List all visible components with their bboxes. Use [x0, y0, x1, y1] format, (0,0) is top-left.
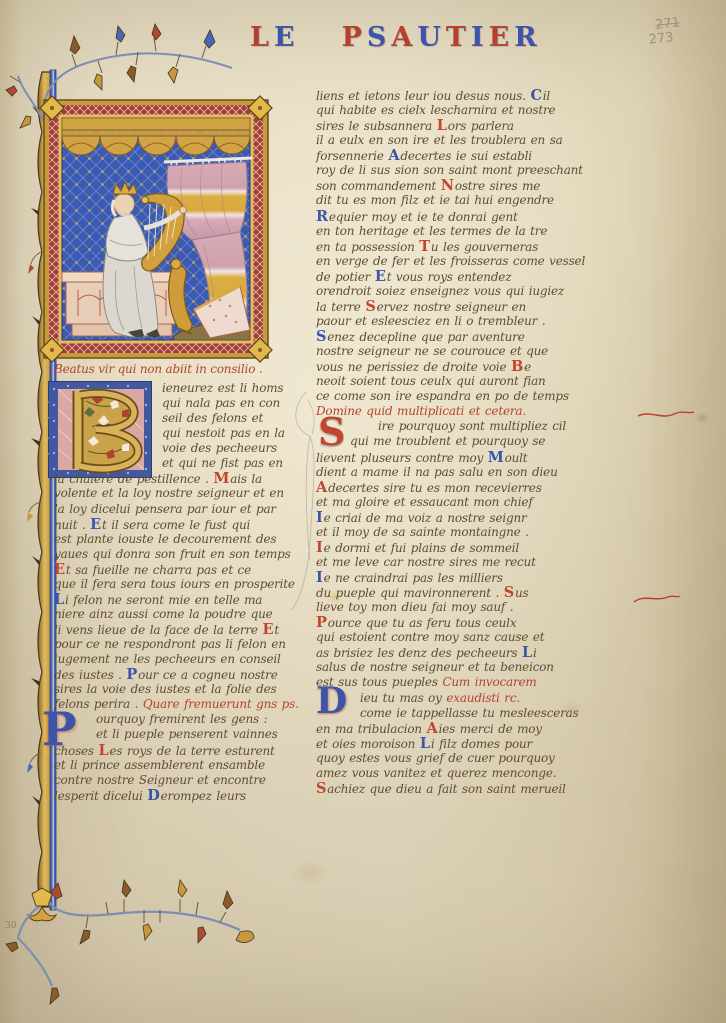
text-line: paour et esleesciez en li o trembleur .: [316, 314, 654, 329]
text-line: est plante iouste le decourement des: [54, 532, 306, 547]
title-letter: P: [342, 22, 367, 54]
text-line: dient a mame il na pas salu en son dieu: [316, 465, 654, 480]
body-text: son commandement: [316, 179, 441, 193]
body-text: la terre: [316, 300, 365, 314]
text-line: choses Les roys de la terre esturent: [54, 743, 306, 758]
body-text: ais la: [230, 472, 262, 486]
manuscript-page: LEPSAUTIER 271 273: [0, 0, 726, 1023]
body-text: niere ainz aussi come la poudre que: [54, 607, 273, 621]
body-text: achiez que dieu a fait son saint merueil: [327, 782, 565, 796]
body-text: e ne craindrai pas les milliers: [324, 571, 503, 585]
versal-initial: A: [316, 479, 328, 496]
body-text: choses: [54, 744, 99, 758]
versal-initial: B: [511, 358, 524, 375]
title-letter: R: [514, 22, 541, 54]
body-text: ies merci de moy: [439, 722, 542, 736]
text-line: neoit soient tous ceulx qui auront fian: [316, 374, 654, 389]
body-text: est plante iouste le decourement des: [54, 532, 276, 546]
body-text: nuit .: [54, 518, 90, 532]
text-line: il a eulx en son ire et les troublera en…: [316, 133, 654, 148]
text-line: Sachiez que dieu a fait son saint meruei…: [316, 781, 654, 796]
text-line: Ie dormi et fui plains de sommeil: [316, 540, 654, 555]
body-text: de potier: [316, 270, 375, 284]
text-line: amez vous vanitez et querez menconge.: [316, 766, 654, 781]
body-text: du pueple qui mavironnerent .: [316, 586, 504, 600]
text-line: salus de nostre seigneur et ta beneicon: [316, 660, 654, 675]
body-text: ostre sires me: [455, 179, 540, 193]
body-text: sires le subsannera: [316, 119, 437, 133]
text-line: Adecertes sire tu es mon recevierres: [316, 480, 654, 495]
versal-initial: L: [437, 117, 448, 134]
text-line: felons perira . Quare fremuerunt gns ps.: [54, 697, 306, 712]
text-line: Ie ne craindrai pas les milliers: [316, 570, 654, 585]
text-line: iugement ne les pecheeurs en conseil: [54, 652, 306, 667]
versal-initial: P: [316, 614, 328, 631]
rubric-text: Quare fremuerunt gns ps.: [143, 697, 299, 711]
body-text: et me leve car nostre sires me recut: [316, 555, 536, 569]
text-line: ire pourquoy sont multipliez cil: [316, 419, 654, 434]
body-text: ire pourquoy sont multipliez cil: [378, 419, 566, 433]
text-line: ieu tu mas oy exaudisti rc.: [316, 691, 654, 706]
versal-initial: E: [375, 268, 387, 285]
versal-initial: A: [388, 147, 400, 164]
body-text: e criai de ma voiz a nostre seignr: [324, 511, 527, 525]
body-text: dient a mame il na pas salu en son dieu: [316, 465, 558, 479]
body-text: en ta possession: [316, 240, 419, 254]
versal-initial: R: [316, 208, 329, 225]
body-text: t sa fueille ne charra pas et ce: [66, 563, 251, 577]
text-line: est sus tous pueples Cum invocarem: [316, 675, 654, 690]
body-text: lieve toy mon dieu fai moy sauf .: [316, 600, 513, 614]
text-line: Pource que tu as feru tous ceulx: [316, 615, 654, 630]
text-line: qui habite es cielx lescharnira et nostr…: [316, 103, 654, 118]
body-text: as brisiez les denz des pecheeurs: [316, 646, 522, 660]
body-text: et il moy de sa sainte montaingne .: [316, 525, 529, 539]
body-text: quoy estes vous grief de cuer pourquoy: [316, 751, 555, 765]
rubric-beatus: Beatus vir qui non abiit in consilio .: [54, 362, 304, 376]
body-text: la loy dicelui pensera par iour et par: [54, 502, 276, 516]
body-text: roy de li sus sion son saint mont preesc…: [316, 163, 583, 177]
title-letter: E: [274, 22, 300, 54]
text-line: ieneurez est li homs: [54, 381, 306, 396]
body-text: u les gouverneras: [431, 240, 538, 254]
title-letter: S: [367, 22, 392, 54]
rubric-text: Domine quid multiplicati et cetera.: [316, 404, 526, 418]
versal-initial: N: [441, 177, 455, 194]
body-text: i filz domes pour: [431, 737, 532, 751]
versal-initial: T: [419, 238, 431, 255]
rubric-text: exaudisti rc.: [446, 691, 520, 705]
versal-initial: L: [99, 742, 110, 759]
body-text: decertes sire tu es mon recevierres: [328, 481, 542, 495]
parchment-stain: [290, 860, 330, 886]
text-line: Et sa fueille ne charra pas et ce: [54, 562, 306, 577]
body-text: e dormi et fui plains de sommeil: [324, 541, 519, 555]
text-line: quoy estes vous grief de cuer pourquoy: [316, 751, 654, 766]
body-text: ervez nostre seigneur en: [377, 300, 526, 314]
text-line: et li prince assemblerent ensamble: [54, 758, 306, 773]
text-line: en ma tribulacion Aies merci de moy: [316, 721, 654, 736]
text-line: as brisiez les denz des pecheeurs Li: [316, 645, 654, 660]
text-line: li vens lieue de la face de la terre Et: [54, 622, 306, 637]
body-text: t vous roys entendez: [387, 270, 512, 284]
body-text: pour ce ne respondront pas li felon en: [54, 637, 286, 651]
rubric-text: Cum invocarem: [442, 675, 536, 689]
body-text: contre nostre Seigneur et encontre: [54, 773, 266, 787]
body-text: sires la voie des iustes et la folie des: [54, 682, 277, 696]
body-text: et li pueple penserent vainnes: [96, 727, 278, 741]
text-line: de potier Et vous roys entendez: [316, 269, 654, 284]
text-line: la loy dicelui pensera par iour et par: [54, 502, 306, 517]
body-text: i felon ne seront mie en telle ma: [65, 593, 262, 607]
text-line: liens et ietons leur iou desus nous. Cil: [316, 88, 654, 103]
text-line: nostre seigneur ne se courouce et que: [316, 344, 654, 359]
text-line: ce come son ire espandra en po de temps: [316, 389, 654, 404]
left-text-column: ieneurez est li homsqui nala pas en cons…: [54, 381, 306, 803]
versal-initial: E: [262, 621, 274, 638]
title-letter: T: [446, 22, 471, 54]
body-text: yaues qui donra son fruit en son temps: [54, 547, 291, 561]
body-text: est sus tous pueples: [316, 675, 442, 689]
body-text: en verge de fer et les froisseras come v…: [316, 254, 585, 268]
body-text: ce come son ire espandra en po de temps: [316, 389, 569, 403]
margin-mark: 30: [5, 921, 16, 931]
title-letter: E: [489, 22, 515, 54]
body-text: enez decepline que par aventure: [327, 330, 524, 344]
body-text: lesperit dicelui: [54, 789, 147, 803]
body-text: voie des pecheeurs: [162, 441, 277, 455]
body-text: our ce a cogneu nostre: [138, 668, 277, 682]
body-text: volente et la loy nostre seigneur et en: [54, 486, 284, 500]
body-text: amez vous vanitez et querez menconge.: [316, 766, 556, 780]
text-line: et oies moroison Li filz domes pour: [316, 736, 654, 751]
body-text: et qui ne fist pas en: [162, 456, 283, 470]
text-line: et qui ne fist pas en: [54, 456, 306, 471]
text-line: come ie tappellasse tu mesleesceras: [316, 706, 654, 721]
versal-initial: I: [316, 509, 324, 526]
body-text: orendroit soiez enseignez vous qui iugie…: [316, 284, 564, 298]
body-text: qui nestoit pas en la: [162, 426, 285, 440]
text-line: pour ce ne respondront pas li felon en: [54, 637, 306, 652]
body-text: us: [515, 586, 529, 600]
body-text: des iustes .: [54, 668, 126, 682]
body-text: ource que tu as feru tous ceulx: [328, 616, 517, 630]
text-line: Li felon ne seront mie en telle ma: [54, 592, 306, 607]
body-text: en ton heritage et les termes de la tre: [316, 224, 547, 238]
body-text: t il sera come le fust qui: [102, 518, 250, 532]
versal-initial: L: [420, 735, 431, 752]
versal-initial: I: [316, 539, 324, 556]
body-text: salus de nostre seigneur et ta beneicon: [316, 660, 554, 674]
body-text: iugement ne les pecheeurs en conseil: [54, 652, 281, 666]
body-text: en ma tribulacion: [316, 722, 427, 736]
body-text: il a eulx en son ire et les troublera en…: [316, 133, 563, 147]
folio-number: 273: [648, 30, 682, 47]
right-text-column: liens et ietons leur iou desus nous. Cil…: [316, 88, 654, 796]
body-text: i: [533, 646, 537, 660]
text-line: qui nestoit pas en la: [54, 426, 306, 441]
body-text: ieneurez est li homs: [162, 381, 283, 395]
body-text: decertes ie sui establi: [400, 149, 532, 163]
body-text: oult: [505, 451, 528, 465]
text-line: roy de li sus sion son saint mont preesc…: [316, 163, 654, 178]
text-line: et il moy de sa sainte montaingne .: [316, 525, 654, 540]
text-line: la terre Servez nostre seigneur en: [316, 299, 654, 314]
body-text: ieu tu mas oy: [360, 691, 446, 705]
text-line: Senez decepline que par aventure: [316, 329, 654, 344]
text-line: et me leve car nostre sires me recut: [316, 555, 654, 570]
text-line: dit tu es mon filz et ie tai hui engendr…: [316, 193, 654, 208]
body-text: la chaiere de pestillence .: [54, 472, 213, 486]
body-text: qui me troublent et pourquoy se: [350, 434, 545, 448]
body-text: nostre seigneur ne se courouce et que: [316, 344, 548, 358]
text-line: yaues qui donra son fruit en son temps: [54, 547, 306, 562]
body-text: forsennerie: [316, 149, 388, 163]
body-text: et li prince assemblerent ensamble: [54, 758, 265, 772]
body-text: t: [274, 623, 279, 637]
text-line: que il fera sera tous iours en prosperit…: [54, 577, 306, 592]
body-text: seil des felons et: [162, 411, 263, 425]
body-text: que il fera sera tous iours en prosperit…: [54, 577, 295, 591]
text-line: la chaiere de pestillence . Mais la: [54, 471, 306, 486]
text-line: Requier moy et ie te donrai gent: [316, 209, 654, 224]
body-text: vous ne perissiez de droite voie: [316, 360, 511, 374]
text-line: et ma gloire et essaucant mon chief: [316, 495, 654, 510]
text-line: et li pueple penserent vainnes: [54, 727, 306, 742]
text-line: en verge de fer et les froisseras come v…: [316, 254, 654, 269]
versal-initial: L: [54, 591, 65, 608]
title-letter: I: [471, 22, 489, 54]
text-line: qui estoient contre moy sanz cause et: [316, 630, 654, 645]
body-text: liens et ietons leur iou desus nous.: [316, 89, 530, 103]
body-text: neoit soient tous ceulx qui auront fian: [316, 374, 546, 388]
body-text: equier moy et ie te donrai gent: [329, 210, 518, 224]
text-line: seil des felons et: [54, 411, 306, 426]
folio-numbers: 271 273: [647, 16, 683, 47]
page-title: LEPSAUTIER: [250, 22, 580, 54]
text-line: ourquoy fremirent les gens :: [54, 712, 306, 727]
versal-initial: C: [530, 87, 542, 104]
text-line: niere ainz aussi come la poudre que: [54, 607, 306, 622]
body-text: felons perira .: [54, 697, 143, 711]
text-line: lieve toy mon dieu fai moy sauf .: [316, 600, 654, 615]
versal-initial: E: [90, 516, 102, 533]
versal-initial: M: [213, 470, 230, 487]
versal-initial: L: [522, 644, 533, 661]
text-line: contre nostre Seigneur et encontre: [54, 773, 306, 788]
body-text: qui estoient contre moy sanz cause et: [316, 630, 544, 644]
versal-initial: D: [147, 787, 160, 804]
body-text: qui habite es cielx lescharnira et nostr…: [316, 103, 555, 117]
text-line: des iustes . Pour ce a cogneu nostre: [54, 667, 306, 682]
text-line: orendroit soiez enseignez vous qui iugie…: [316, 284, 654, 299]
parchment-stain: [695, 412, 709, 424]
body-text: e: [524, 360, 531, 374]
text-line: qui me troublent et pourquoy se: [316, 434, 654, 449]
text-line: nuit . Et il sera come le fust qui: [54, 517, 306, 532]
title-letter: A: [391, 22, 417, 54]
body-text: come ie tappellasse tu mesleesceras: [360, 706, 579, 720]
versal-initial: S: [316, 328, 327, 345]
body-text: qui nala pas en con: [162, 396, 280, 410]
title-letter: U: [417, 22, 446, 54]
text-line: forsennerie Adecertes ie sui establi: [316, 148, 654, 163]
text-line: du pueple qui mavironnerent . Sus: [316, 585, 654, 600]
text-line: volente et la loy nostre seigneur et en: [54, 486, 306, 501]
body-text: ors parlera: [448, 119, 514, 133]
body-text: es roys de la terre esturent: [110, 744, 275, 758]
text-line: voie des pecheeurs: [54, 441, 306, 456]
versal-initial: I: [316, 569, 324, 586]
body-text: paour et esleesciez en li o trembleur .: [316, 314, 545, 328]
title-letter: L: [250, 22, 274, 54]
body-text: dit tu es mon filz et ie tai hui engendr…: [316, 193, 554, 207]
versal-initial: M: [488, 449, 505, 466]
text-line: lievent pluseurs contre moy Moult: [316, 450, 654, 465]
body-text: il: [543, 89, 550, 103]
text-line: vous ne perissiez de droite voie Be: [316, 359, 654, 374]
body-text: erompez leurs: [161, 789, 246, 803]
text-line: sires le subsannera Lors parlera: [316, 118, 654, 133]
text-line: son commandement Nostre sires me: [316, 178, 654, 193]
versal-initial: P: [126, 666, 138, 683]
text-line: en ta possession Tu les gouverneras: [316, 239, 654, 254]
text-line: lesperit dicelui Derompez leurs: [54, 788, 306, 803]
text-line: sires la voie des iustes et la folie des: [54, 682, 306, 697]
versal-initial: S: [316, 780, 327, 797]
text-line: en ton heritage et les termes de la tre: [316, 224, 654, 239]
versal-initial: E: [54, 561, 66, 578]
body-text: ourquoy fremirent les gens :: [96, 712, 267, 726]
body-text: li vens lieue de la face de la terre: [54, 623, 262, 637]
body-text: lievent pluseurs contre moy: [316, 451, 488, 465]
miniature-king-david: [44, 100, 268, 358]
versal-initial: S: [365, 298, 376, 315]
body-text: et oies moroison: [316, 737, 420, 751]
versal-initial: S: [504, 584, 515, 601]
body-text: et ma gloire et essaucant mon chief: [316, 495, 533, 509]
text-line: qui nala pas en con: [54, 396, 306, 411]
text-line: Ie criai de ma voiz a nostre seignr: [316, 510, 654, 525]
text-line: Domine quid multiplicati et cetera.: [316, 404, 654, 419]
ivy-vine-bottom: [4, 886, 254, 1021]
